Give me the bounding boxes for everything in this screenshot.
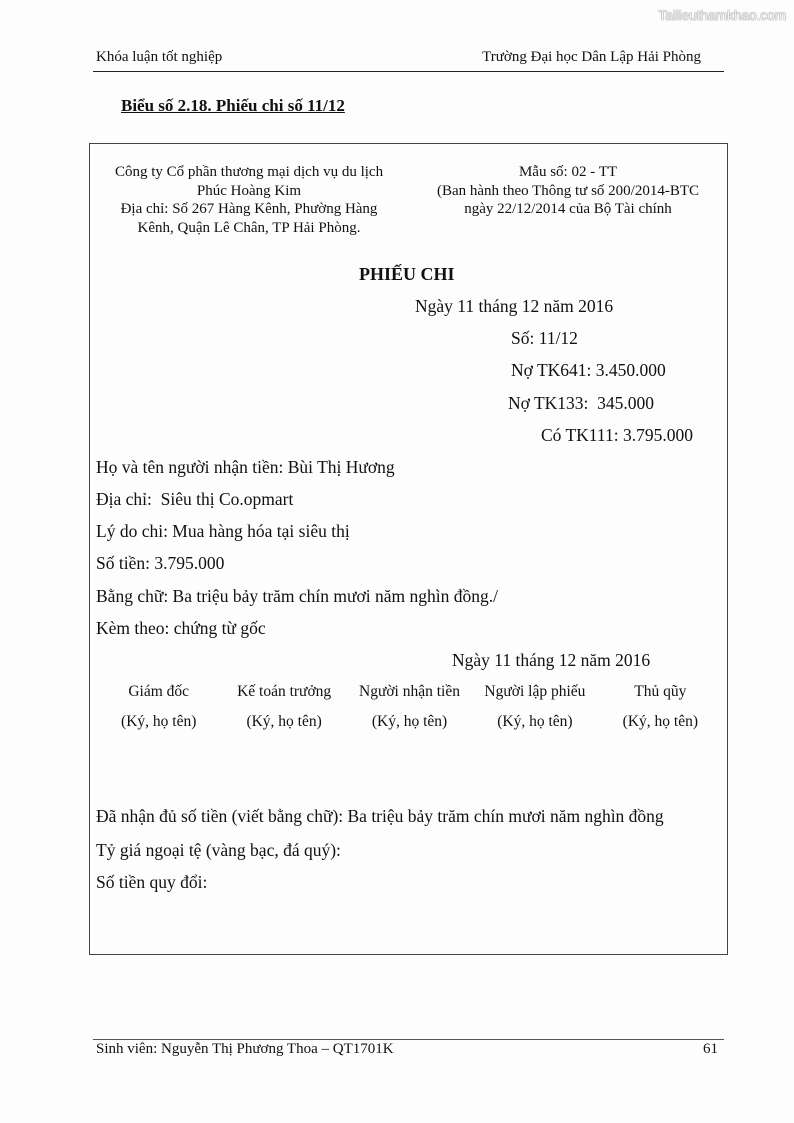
footer-divider <box>93 1039 724 1040</box>
signatory-chief-accountant: Kế toán trưởng <box>221 683 346 701</box>
form-code: Mẫu số: 02 - TT <box>412 163 724 182</box>
company-name-line-2: Phúc Hoàng Kim <box>95 182 403 201</box>
amount-in-words: Bằng chữ: Ba triệu bảy trăm chín mươi nă… <box>96 586 498 607</box>
page-number: 61 <box>703 1041 718 1058</box>
converted-amount: Số tiền quy đổi: <box>96 872 207 893</box>
signature-note: (Ký, họ tên) <box>472 713 597 731</box>
voucher-date: Ngày 11 tháng 12 năm 2016 <box>415 296 613 317</box>
signatory-director: Giám đốc <box>96 683 221 701</box>
credit-entry: Có TK111: 3.795.000 <box>541 425 693 446</box>
form-regulation-line-2: ngày 22/12/2014 của Bộ Tài chính <box>412 200 724 219</box>
form-regulation-line-1: (Ban hành theo Thông tư số 200/2014-BTC <box>412 182 724 201</box>
voucher-title: PHIẾU CHI <box>359 264 455 285</box>
form-code-info: Mẫu số: 02 - TT (Ban hành theo Thông tư … <box>412 163 724 219</box>
company-address-line-1: Địa chỉ: Số 267 Hàng Kênh, Phường Hàng <box>95 200 403 219</box>
header-left: Khóa luận tốt nghiệp <box>96 49 222 66</box>
signatory-titles: Giám đốc Kế toán trưởng Người nhận tiền … <box>96 683 723 701</box>
attachments: Kèm theo: chứng từ gốc <box>96 618 266 639</box>
exchange-rate: Tỷ giá ngoại tệ (vàng bạc, đá quý): <box>96 840 341 861</box>
company-name-line-1: Công ty Cổ phần thương mại dịch vụ du lị… <box>95 163 403 182</box>
signature-note: (Ký, họ tên) <box>96 713 221 731</box>
received-amount-words: Đã nhận đủ số tiền (viết bằng chữ): Ba t… <box>96 806 664 827</box>
recipient-address: Địa chỉ: Siêu thị Co.opmart <box>96 489 293 510</box>
recipient-name: Họ và tên người nhận tiền: Bùi Thị Hương <box>96 457 395 478</box>
company-info: Công ty Cổ phần thương mại dịch vụ du lị… <box>95 163 403 237</box>
signature-note: (Ký, họ tên) <box>598 713 723 731</box>
voucher-number: Số: 11/12 <box>511 328 578 349</box>
signatory-cashier: Thủ qũy <box>598 683 723 701</box>
signatory-notes: (Ký, họ tên) (Ký, họ tên) (Ký, họ tên) (… <box>96 713 723 731</box>
payment-reason: Lý do chi: Mua hàng hóa tại siêu thị <box>96 521 350 542</box>
footer-student: Sinh viên: Nguyễn Thị Phương Thoa – QT17… <box>96 1041 394 1058</box>
company-address-line-2: Kênh, Quận Lê Chân, TP Hải Phòng. <box>95 219 403 238</box>
signature-date: Ngày 11 tháng 12 năm 2016 <box>452 650 650 671</box>
signature-note: (Ký, họ tên) <box>221 713 346 731</box>
signatory-recipient: Người nhận tiền <box>347 683 472 701</box>
signature-note: (Ký, họ tên) <box>347 713 472 731</box>
figure-title: Biểu số 2.18. Phiếu chi số 11/12 <box>121 96 345 116</box>
header-right: Trường Đại học Dân Lập Hải Phòng <box>482 49 701 66</box>
watermark: Tailieuthamkhao.com <box>658 7 786 23</box>
signatory-preparer: Người lập phiếu <box>472 683 597 701</box>
debit-entry-1: Nợ TK641: 3.450.000 <box>511 360 666 381</box>
header-divider <box>93 71 724 72</box>
debit-entry-2: Nợ TK133: 345.000 <box>508 393 654 414</box>
payment-amount: Số tiền: 3.795.000 <box>96 553 224 574</box>
